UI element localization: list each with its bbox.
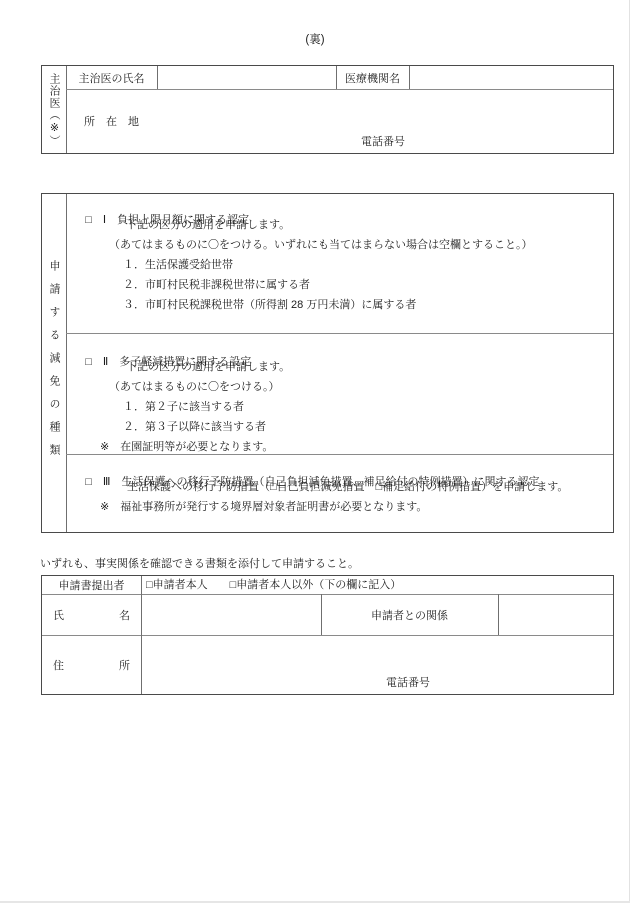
doctor-name-label: 主治医の氏名 bbox=[66, 66, 157, 89]
section-1-checkbox[interactable]: □ bbox=[85, 213, 92, 228]
divider bbox=[66, 194, 67, 532]
section-3-option-line[interactable]: 生活保護への移行予防措置（□自己負担減免措置 □補足給付の特例措置）を申請します… bbox=[127, 480, 568, 495]
page-side-label: (裏) bbox=[0, 31, 630, 47]
submitter-label: 申請書提出者 bbox=[42, 576, 141, 594]
submitter-options[interactable]: □申請者本人 □申請者本人以外（下の欄に記入） bbox=[146, 578, 401, 593]
section-1-option-1[interactable]: １．生活保護受給世帯 bbox=[123, 258, 233, 273]
doctor-table: 主治医（※） 主治医の氏名 医療機関名 所 在 地 電話番号 bbox=[41, 65, 614, 154]
exemption-row-header: 申請する減免の種類 bbox=[42, 194, 66, 532]
doctor-row-header: 主治医（※） bbox=[42, 66, 66, 153]
submitter-address-label: 住 所 bbox=[42, 635, 141, 694]
exemption-table: 申請する減免の種類 □Ⅰ 負担上限月額に関する認定 下記の区分の適用を申請します… bbox=[41, 193, 614, 533]
institution-field[interactable] bbox=[409, 66, 613, 89]
doctor-row-header-label: 主治医（※） bbox=[46, 73, 62, 147]
submitter-phone-label: 電話番号 bbox=[386, 676, 430, 691]
section-2-option-2[interactable]: ２．第３子以降に該当する者 bbox=[123, 420, 266, 435]
section-2-option-1[interactable]: １．第２子に該当する者 bbox=[123, 400, 244, 415]
divider bbox=[66, 333, 613, 334]
institution-label: 医療機関名 bbox=[336, 66, 409, 89]
submitter-table: 申請書提出者 □申請者本人 □申請者本人以外（下の欄に記入） 氏 名 申請者との… bbox=[41, 575, 614, 695]
section-2-note: ※ 在園証明等が必要となります。 bbox=[100, 440, 273, 455]
section-1-option-2[interactable]: ２．市町村民税非課税世帯に属する者 bbox=[123, 278, 310, 293]
doctor-name-field[interactable] bbox=[157, 66, 336, 89]
relation-field[interactable] bbox=[498, 594, 613, 635]
section-2-line: 下記の区分の適用を申請します。 bbox=[126, 360, 290, 375]
section-2-line: （あてはまるものに〇をつける。） bbox=[109, 380, 280, 395]
section-1-line: （あてはまるものに〇をつける。いずれにも当てはまらない場合は空欄とすること。） bbox=[109, 238, 533, 253]
relation-label: 申請者との関係 bbox=[321, 594, 498, 635]
doctor-address-label: 所 在 地 bbox=[66, 89, 157, 153]
section-1-line: 下記の区分の適用を申請します。 bbox=[126, 218, 290, 233]
submitter-name-label: 氏 名 bbox=[42, 594, 141, 635]
section-1-option-3[interactable]: ３．市町村民税課税世帯（所得割 28 万円未満）に属する者 bbox=[123, 298, 416, 313]
doctor-phone-label: 電話番号 bbox=[361, 135, 405, 150]
submitter-address-field[interactable] bbox=[141, 635, 613, 694]
section-3-checkbox[interactable]: □ bbox=[85, 475, 92, 490]
attachment-note: いずれも、事実関係を確認できる書類を添付して申請すること。 bbox=[40, 555, 359, 571]
exemption-row-header-label: 申請する減免の種類 bbox=[46, 260, 62, 467]
submitter-name-field[interactable] bbox=[141, 594, 321, 635]
section-2-checkbox[interactable]: □ bbox=[85, 355, 92, 370]
section-3-note: ※ 福祉事務所が発行する境界層対象者証明書が必要となります。 bbox=[100, 500, 427, 515]
